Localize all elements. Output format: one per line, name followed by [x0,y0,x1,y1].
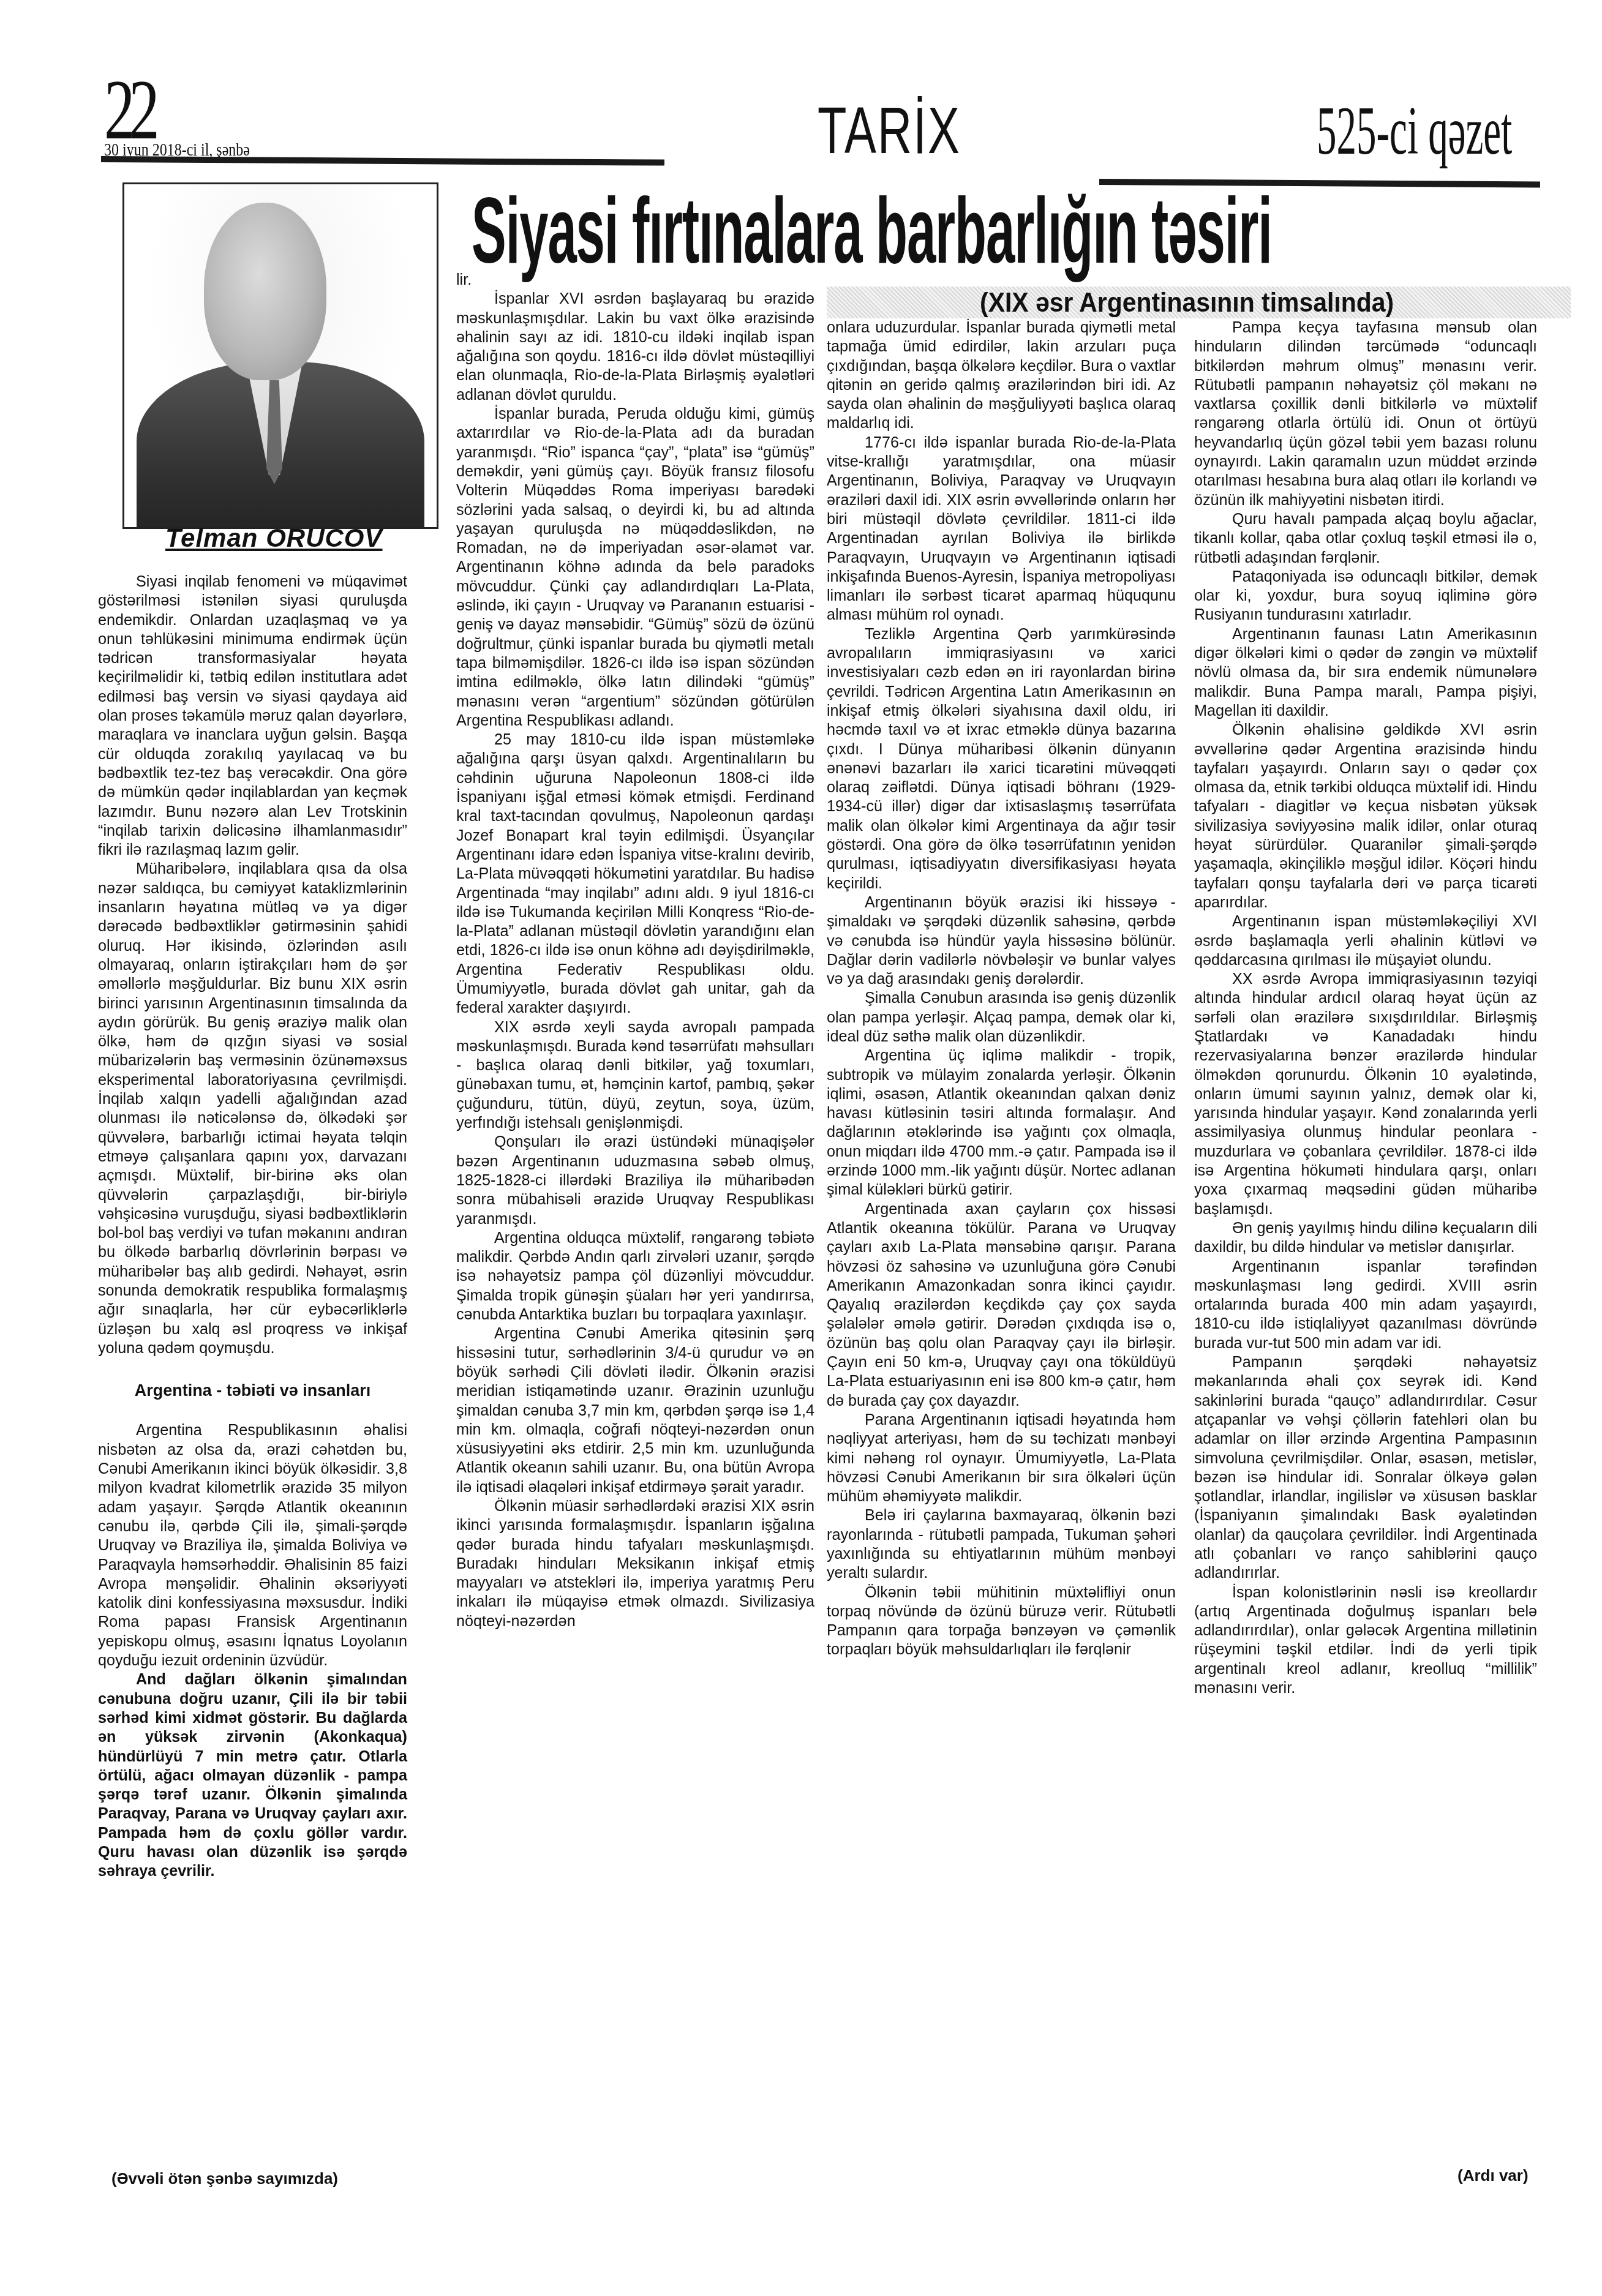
paragraph: Siyasi inqilab fenomeni və müqavimət gös… [98,572,407,860]
paragraph: İspanlar XVI əsrdən başlayaraq bu ərazid… [456,290,814,405]
paragraph: Parana Argentinanın iqtisadi həyatında h… [827,1411,1176,1506]
paragraph: Pampa keçya tayfasına mənsub olan hindul… [1194,318,1537,510]
paragraph: Şimalla Cənubun arasında isə geniş düzən… [827,989,1176,1046]
article-column-3: onlara uduzurdular. İspanlar burada qiym… [827,318,1176,1660]
article-headline: Siyasi fırtınalara barbarlığın təsiri [472,182,1272,280]
paragraph: Belə iri çaylarına baxmayaraq, ölkənin b… [827,1506,1176,1583]
article-column-2: lir. İspanlar XVI əsrdən başlayaraq bu ə… [456,271,814,1631]
paragraph: Argentina olduqca müxtəlif, rəngarəng tə… [456,1229,814,1324]
paragraph: Argentina Respublikasının əhalisi nisbət… [98,1421,407,1670]
paragraph: Argentinanın ispan müstəmləkəçiliyi XVI … [1194,912,1537,970]
paragraph: Argentina üç iqlimə malikdir - tropik, s… [827,1046,1176,1199]
paragraph: XX əsrdə Avropa immiqrasiyasının təzyiqi… [1194,970,1537,1219]
paragraph: onlara uduzurdular. İspanlar burada qiym… [827,318,1176,433]
article-column-4: Pampa keçya tayfasına mənsub olan hindul… [1194,318,1537,1698]
paragraph-fragment: lir. [456,271,814,290]
paragraph: 25 may 1810-cu ildə ispan müstəmləkə ağa… [456,730,814,1018]
paragraph: Ölkənin müasir sərhədlərdəki ərazisi XIX… [456,1497,814,1631]
paragraph: Argentina Cənubi Amerika qitəsinin şərq … [456,1324,814,1497]
paragraph: Argentinanın böyük ərazisi iki hissəyə -… [827,893,1176,989]
paragraph: Argentinada axan çayların çox hissəsi At… [827,1200,1176,1411]
paragraph: Quru havalı pampada alçaq boylu ağaclar,… [1194,510,1537,568]
author-byline: Telman ORUCOV [165,523,383,553]
paragraph: 1776-cı ildə ispanlar burada Rio-de-la-P… [827,433,1176,625]
article-subtitle: (XIX əsr Argentinasının timsalında) [980,288,1394,318]
photo-head [204,203,326,380]
paragraph: İspan kolonistlərinin nəsli isə kreollar… [1194,1583,1537,1698]
paragraph: Pampanın şərqdəki nəhayətsiz məkanlarınd… [1194,1353,1537,1583]
paragraph: Argentinanın faunası Latın Amerikasının … [1194,625,1537,721]
paragraph: Ən geniş yayılmış hindu dilinə keçuaları… [1194,1219,1537,1258]
paragraph: XIX əsrdə xeyli sayda avropalı pampada m… [456,1018,814,1133]
newspaper-name: 525-ci qəzet [1317,92,1512,171]
article-column-1: Siyasi inqilab fenomeni və müqavimət gös… [98,572,407,1881]
paragraph: Tezliklə Argentina Qərb yarımkürəsində a… [827,625,1176,893]
paragraph: Argentinanın ispanlar tərəfindən məskunl… [1194,1258,1537,1353]
section-subheading: Argentina - təbiəti və insanları [98,1381,407,1400]
paragraph: Ölkənin təbii mühitinin müxtəlifliyi onu… [827,1583,1176,1660]
paragraph: And dağları ölkənin şimalından cənubuna … [98,1670,407,1881]
paragraph: Ölkənin əhalisinə gəldikdə XVI əsrin əvv… [1194,721,1537,912]
previous-issue-note: (Əvvəli ötən şənbə sayımızda) [111,2169,338,2188]
paragraph: Qonşuları ilə ərazi üstündəki münaqişələ… [456,1133,814,1228]
paragraph: Müharibələrə, inqilablara qısa da olsa n… [98,860,407,1358]
author-photo [122,182,438,529]
continued-note: (Ardı var) [1457,2166,1529,2185]
paragraph: Pataqoniyada isə oduncaqlı bitkilər, dem… [1194,568,1537,625]
header-rule-left [101,156,664,166]
section-title: TARİX [818,92,961,168]
paragraph: İspanlar burada, Peruda olduğu kimi, güm… [456,405,814,730]
